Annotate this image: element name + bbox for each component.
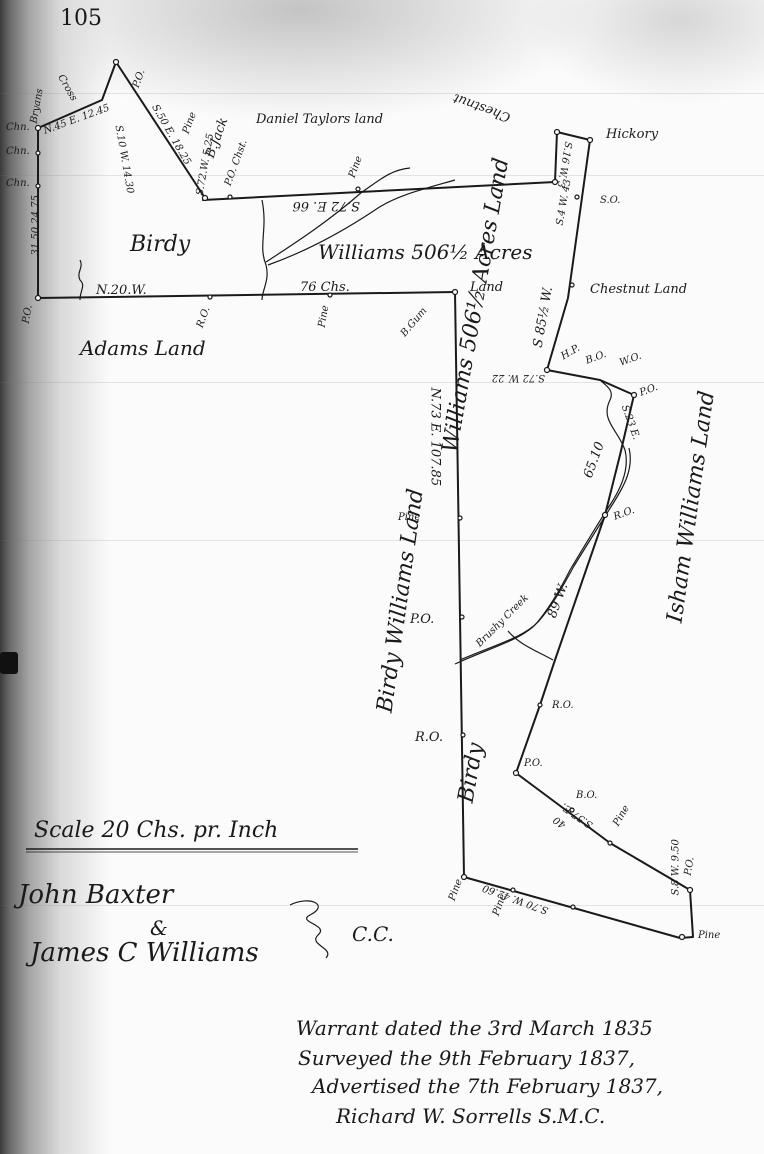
- corner-ro-w: R.O.: [415, 730, 443, 745]
- adjoining-hickory: Hickory: [606, 127, 658, 142]
- bearing-west-dist: 76 Chs.: [300, 280, 350, 295]
- creek-line: [455, 380, 626, 664]
- corner-bo-s: B.O.: [576, 790, 597, 801]
- boundary-line: [203, 132, 590, 298]
- chain-carrier-1: John Baxter: [18, 880, 173, 910]
- corner-pine-se2: Pine: [698, 930, 720, 941]
- adjoining-north: Daniel Taylors land: [256, 112, 383, 127]
- creek-line: [508, 631, 553, 660]
- bearing-center-vert: N.73 E. 107.85: [428, 388, 443, 487]
- chain-carrier-role: C.C.: [352, 922, 394, 946]
- scale-text: Scale 20 Chs. pr. Inch: [34, 818, 278, 843]
- tract-label-birdy: Birdy: [130, 232, 190, 257]
- corner-pine-w: Pine: [398, 512, 420, 523]
- certification-line-3: Advertised the 7th February 1837,: [312, 1074, 663, 1098]
- corner-po-s: P.O.: [524, 758, 543, 769]
- chain-carrier-connector: &: [150, 916, 168, 940]
- adjoining-chestnut: Chestnut Land: [590, 282, 687, 297]
- corner-chn-1: Chn.: [6, 122, 30, 133]
- tract-label-williams: Williams 506½ Acres: [318, 240, 533, 264]
- bearing-north-line: S.72 E. 66: [292, 198, 360, 213]
- certification-line-4: Richard W. Sorrells S.M.C.: [336, 1104, 605, 1128]
- corner-chn-2: Chn.: [6, 146, 30, 157]
- creek-line: [262, 200, 267, 300]
- corner-ro-s: R.O.: [552, 700, 574, 711]
- bearing-left-vert: 31.50 24.75: [31, 195, 42, 255]
- bearing-mid-east-1: S.72 W. 22: [492, 372, 545, 383]
- corner-po-w: P.O.: [410, 612, 434, 627]
- certification-line-1: Warrant dated the 3rd March 1835: [296, 1016, 653, 1040]
- adjoining-adams: Adams Land: [80, 336, 206, 360]
- corner-chn-3: Chn.: [6, 178, 30, 189]
- bearing-west-line: N.20.W.: [96, 283, 147, 298]
- bearing-bottom-right-3: S.8 W. 9.50: [671, 839, 682, 895]
- chain-carrier-2: James C Williams: [30, 938, 259, 968]
- plat-drawing: [0, 0, 764, 1154]
- certification-line-2: Surveyed the 9th February 1837,: [298, 1046, 635, 1070]
- page-number: 105: [60, 6, 102, 31]
- corner-so: S.O.: [600, 195, 620, 206]
